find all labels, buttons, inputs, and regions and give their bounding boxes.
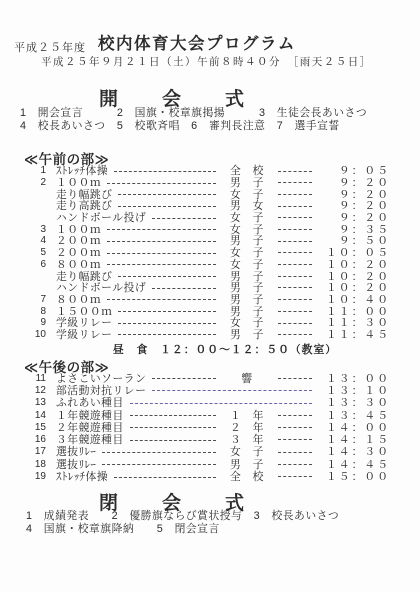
closing-ceremony-items: 1 成績発表 2 優勝旗ならび賞状授与 3 校長あいさつ 4 国旗・校章旗降納 … <box>26 510 339 536</box>
row-number: 16 <box>0 434 46 445</box>
leader-dashes-2 <box>272 458 318 470</box>
leader-dashes-2 <box>272 409 318 421</box>
row-number: 6 <box>0 259 46 270</box>
leader-dashes-2 <box>272 270 318 282</box>
row-number: 8 <box>0 306 46 317</box>
leader-dashes-2 <box>272 200 318 212</box>
row-number: 2 <box>0 177 46 188</box>
row-number: 18 <box>0 459 46 470</box>
row-number: 3 <box>0 224 46 235</box>
row-number: 10 <box>0 329 46 340</box>
row-number: 7 <box>0 294 46 305</box>
event-datetime: 平成２５年９月２１日（土）午前８時４０分 ［雨天２５日］ <box>41 54 372 69</box>
leader-dashes-2 <box>272 177 318 189</box>
afternoon-program-rows: 11 よさこいソーラン 響 １３：００ 12 部活動対抗リレー １３：１０ 13… <box>0 372 420 483</box>
leader-dashes-2 <box>272 329 318 341</box>
leader-dashes-2 <box>272 188 318 200</box>
leader-dashes-2 <box>272 305 318 317</box>
event-name: ｽﾄﾚｯﾁ体操 <box>56 469 108 484</box>
leader-dashes-2 <box>272 433 318 445</box>
row-number: 11 <box>0 373 46 384</box>
closing-items-line-1: 1 成績発表 2 優勝旗ならび賞状授与 3 校長あいさつ <box>26 510 339 523</box>
row-number: 5 <box>0 247 46 258</box>
leader-dashes-2 <box>272 235 318 247</box>
row-event-line: ｽﾄﾚｯﾁ体操 <box>56 469 222 484</box>
closing-items-line-2: 4 国旗・校章旗降納 5 閉会宣言 <box>26 523 339 536</box>
row-number: 17 <box>0 446 46 457</box>
program-row: 19 ｽﾄﾚｯﾁ体操 全 校 １５：００ <box>0 470 420 482</box>
leader-dashes-2 <box>272 294 318 306</box>
leader-dashes-2 <box>272 446 318 458</box>
row-number: 1 <box>0 165 46 176</box>
row-number: 12 <box>0 385 46 396</box>
row-number: 15 <box>0 422 46 433</box>
time-cell: １１：４５ <box>318 327 390 342</box>
leader-dashes-2 <box>272 317 318 329</box>
group-cell: 全 校 <box>222 469 272 484</box>
program-row: 10 学級リレー 男 子 １１：４５ <box>0 329 420 341</box>
opening-items-line-1: 1 開会宣言 2 国旗・校章旗掲揚 3 生徒会長あいさつ <box>20 107 367 120</box>
row-number: 14 <box>0 410 46 421</box>
row-number: 9 <box>0 317 46 328</box>
row-number: 19 <box>0 471 46 482</box>
event-name: 学級リレー <box>56 327 112 342</box>
opening-items-line-2: 4 校長あいさつ 5 校歌斉唱 6 審判長注意 7 選手宣誓 <box>20 120 367 133</box>
school-year-label: 平成２５年度 <box>14 39 86 55</box>
leader-dashes-2 <box>272 282 318 294</box>
row-event-line: 学級リレー <box>56 327 222 342</box>
leader-dashes-2 <box>272 212 318 224</box>
leader-dashes-2 <box>272 421 318 433</box>
page-title: 校内体育大会プログラム <box>98 30 296 54</box>
opening-ceremony-items: 1 開会宣言 2 国旗・校章旗掲揚 3 生徒会長あいさつ 4 校長あいさつ 5 … <box>20 107 367 132</box>
morning-program-rows: 1 ｽﾄﾚｯﾁ体操 全 校 ９：０５ 2 １００ｍ 男 子 ９：２０ 走り幅跳び… <box>0 165 420 340</box>
leader-dashes-2 <box>272 247 318 259</box>
leader-dashes-2 <box>272 470 318 482</box>
leader-dashes-2 <box>272 259 318 271</box>
leader-dashes-2 <box>272 223 318 235</box>
group-cell: 男 子 <box>222 327 272 342</box>
leader-dashes-2 <box>272 165 318 177</box>
row-number: 4 <box>0 235 46 246</box>
row-number: 13 <box>0 397 46 408</box>
lunch-break-line: 昼 食 １２：００～１２：５０（教室） <box>30 342 420 357</box>
time-cell: １５：００ <box>318 469 390 484</box>
leader-dashes-2 <box>272 372 318 384</box>
program-document: 平成２５年度 校内体育大会プログラム 平成２５年９月２１日（土）午前８時４０分 … <box>0 0 420 592</box>
